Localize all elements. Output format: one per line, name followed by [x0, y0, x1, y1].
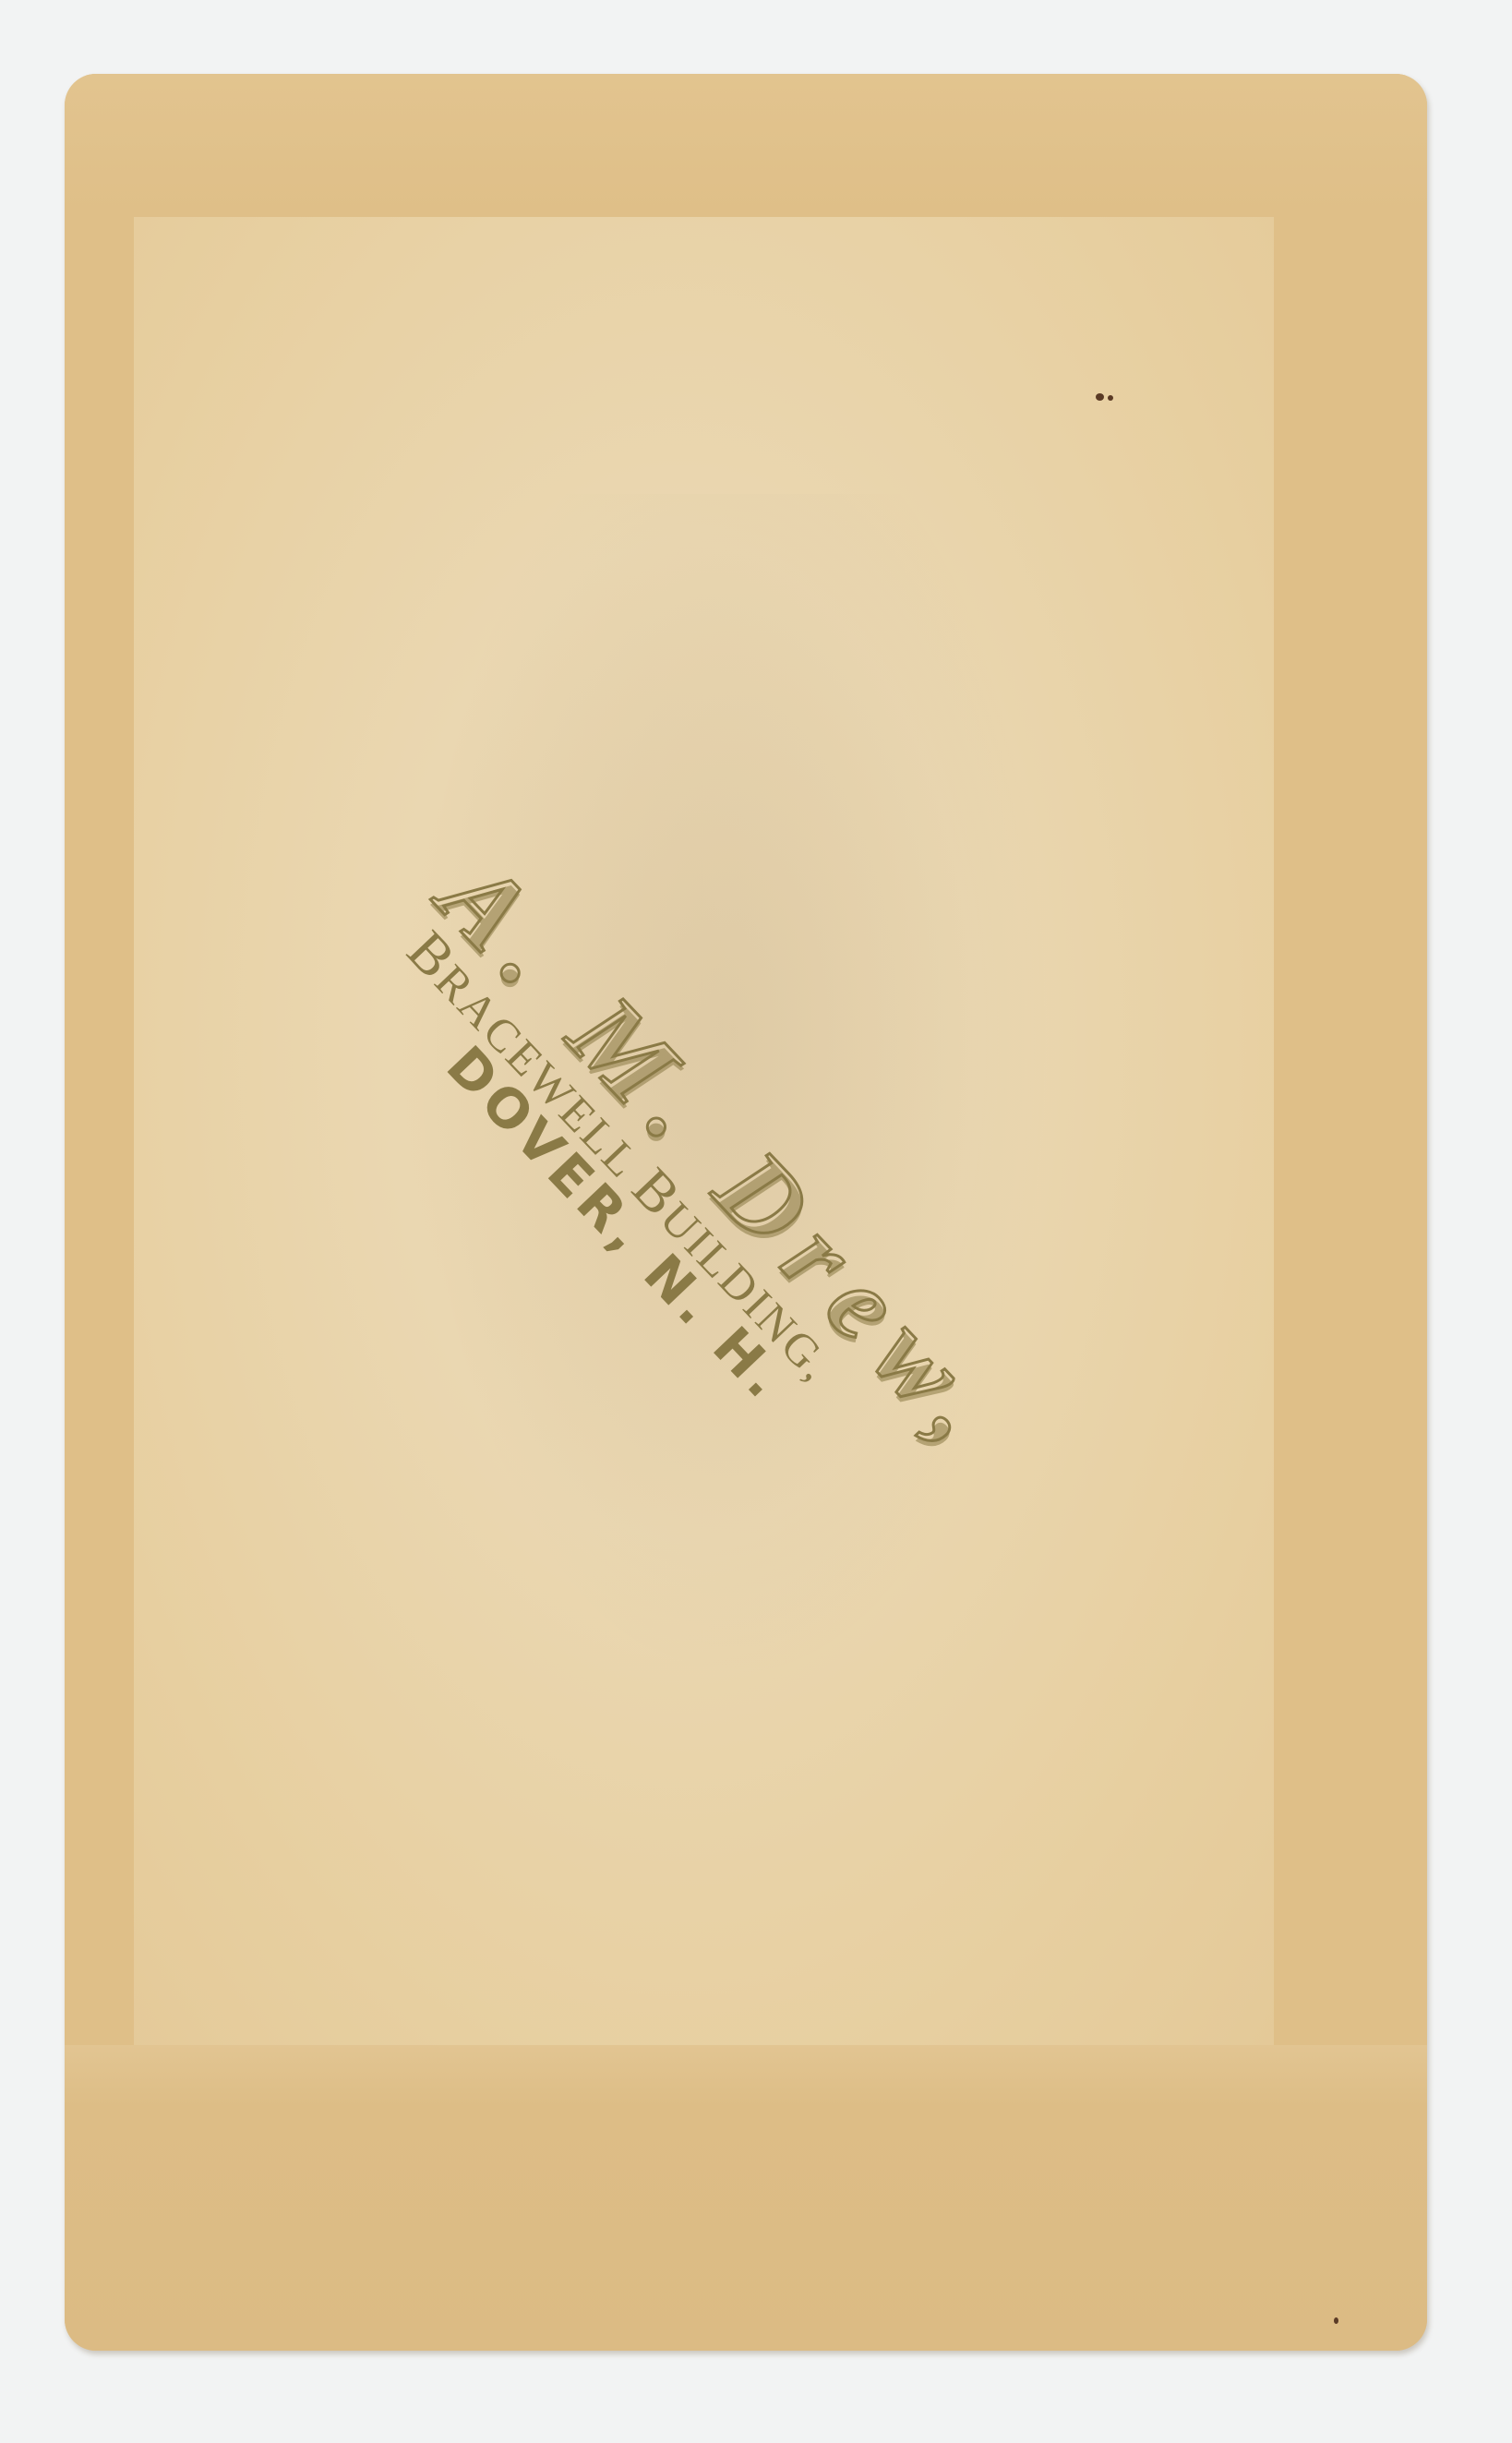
ink-speck [1096, 393, 1104, 401]
ink-speck [1334, 2317, 1338, 2324]
ink-speck [1108, 395, 1113, 401]
card-edge-shading [65, 74, 1427, 212]
bottom-band [65, 2045, 1427, 2351]
